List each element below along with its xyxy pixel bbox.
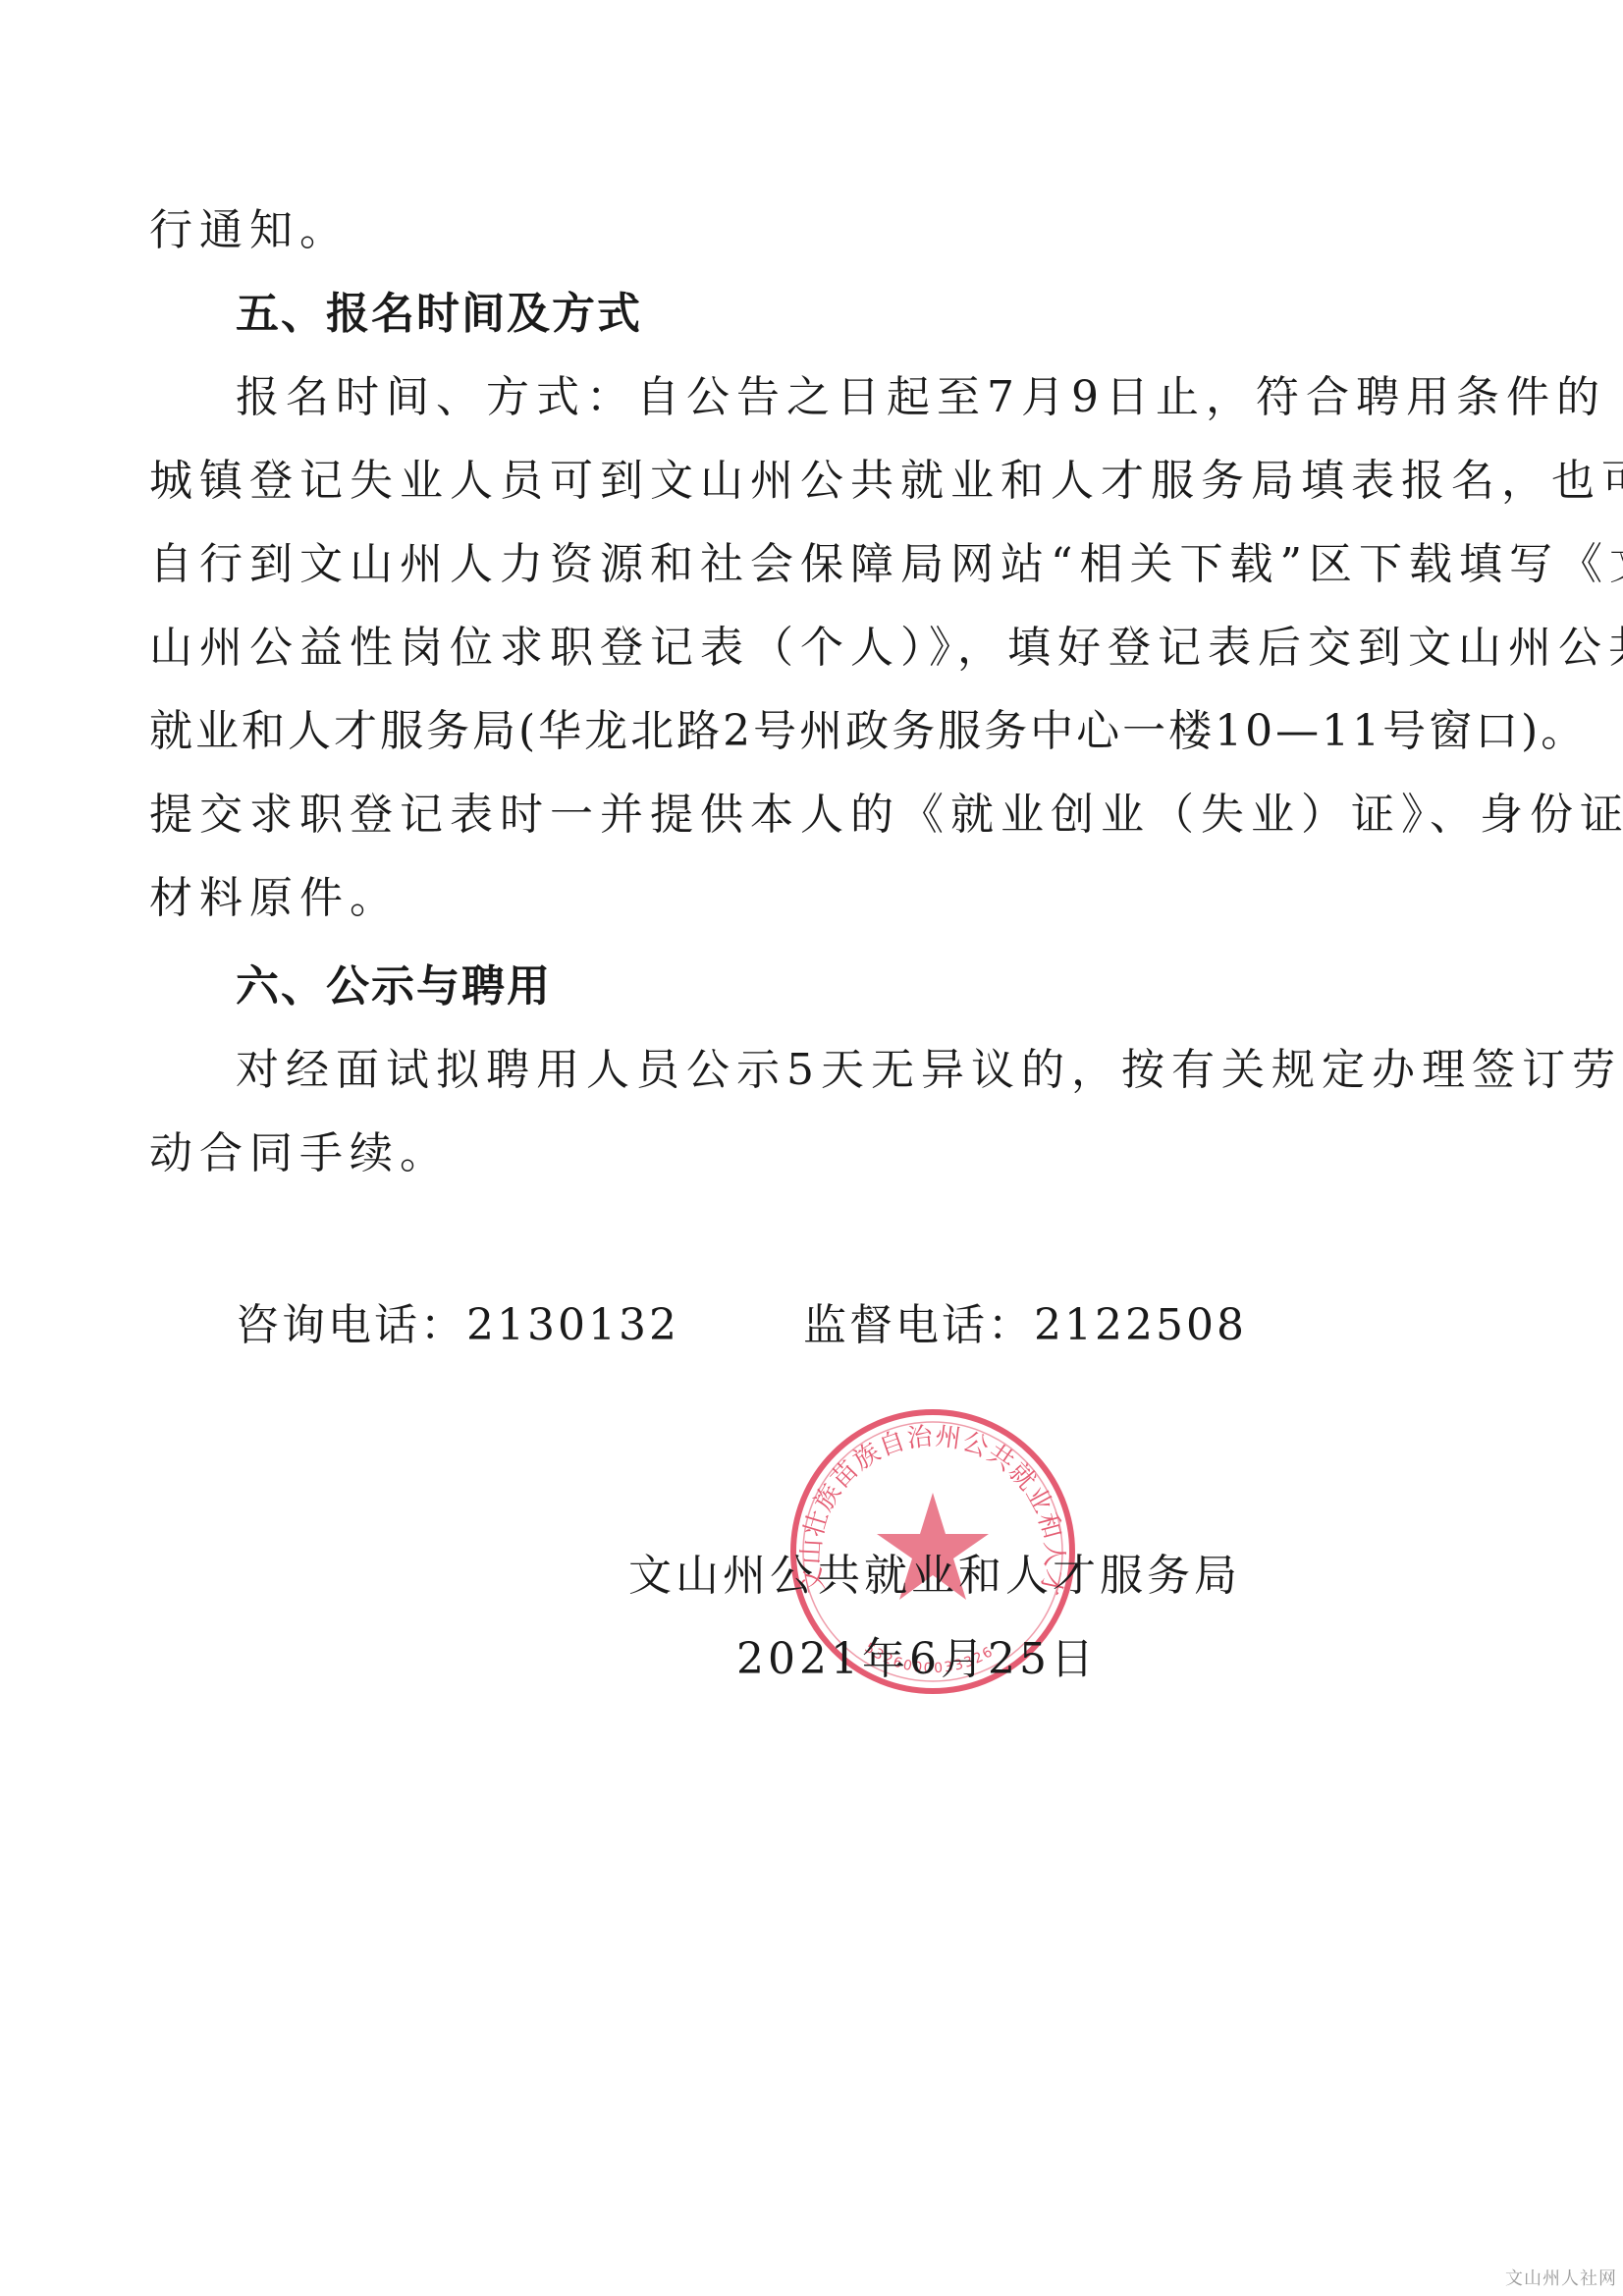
signature-organization: 文山州公共就业和人才服务局 [628,1547,1241,1606]
paragraph-line: 提交求职登记表时一并提供本人的《就业创业（失业）证》、身份证等 [149,786,1475,845]
site-watermark: 文山州人社网 [1505,2265,1617,2290]
paragraph-line: 自行到文山州人力资源和社会保障局网站“相关下载”区下载填写《文 [149,535,1475,594]
paragraph-line: 就业和人才服务局(华龙北路2号州政务服务中心一楼10—11号窗口)。 [149,702,1475,761]
consult-phone: 咨询电话：2130132 [236,1296,679,1355]
paragraph-line: 城镇登记失业人员可到文山州公共就业和人才服务局填表报名，也可 [149,452,1475,511]
paragraph-line: 动合同手续。 [149,1124,1475,1183]
paragraph-line: 对经面试拟聘用人员公示5天无异议的，按有关规定办理签订劳 [236,1041,1475,1100]
paragraph-line: 报名时间、方式：自公告之日起至7月9日止，符合聘用条件的 [236,368,1475,427]
signature-date: 2021年6月25日 [736,1630,1098,1689]
paragraph-line: 山州公益性岗位求职登记表（个人）》，填好登记表后交到文山州公共 [149,619,1475,678]
section-5-heading: 五、报名时间及方式 [236,285,1475,344]
supervise-phone: 监督电话：2122508 [803,1296,1247,1355]
paragraph-line: 材料原件。 [149,869,1475,928]
section-6-heading: 六、公示与聘用 [236,957,1475,1016]
continuation-text: 行通知。 [149,201,1475,260]
